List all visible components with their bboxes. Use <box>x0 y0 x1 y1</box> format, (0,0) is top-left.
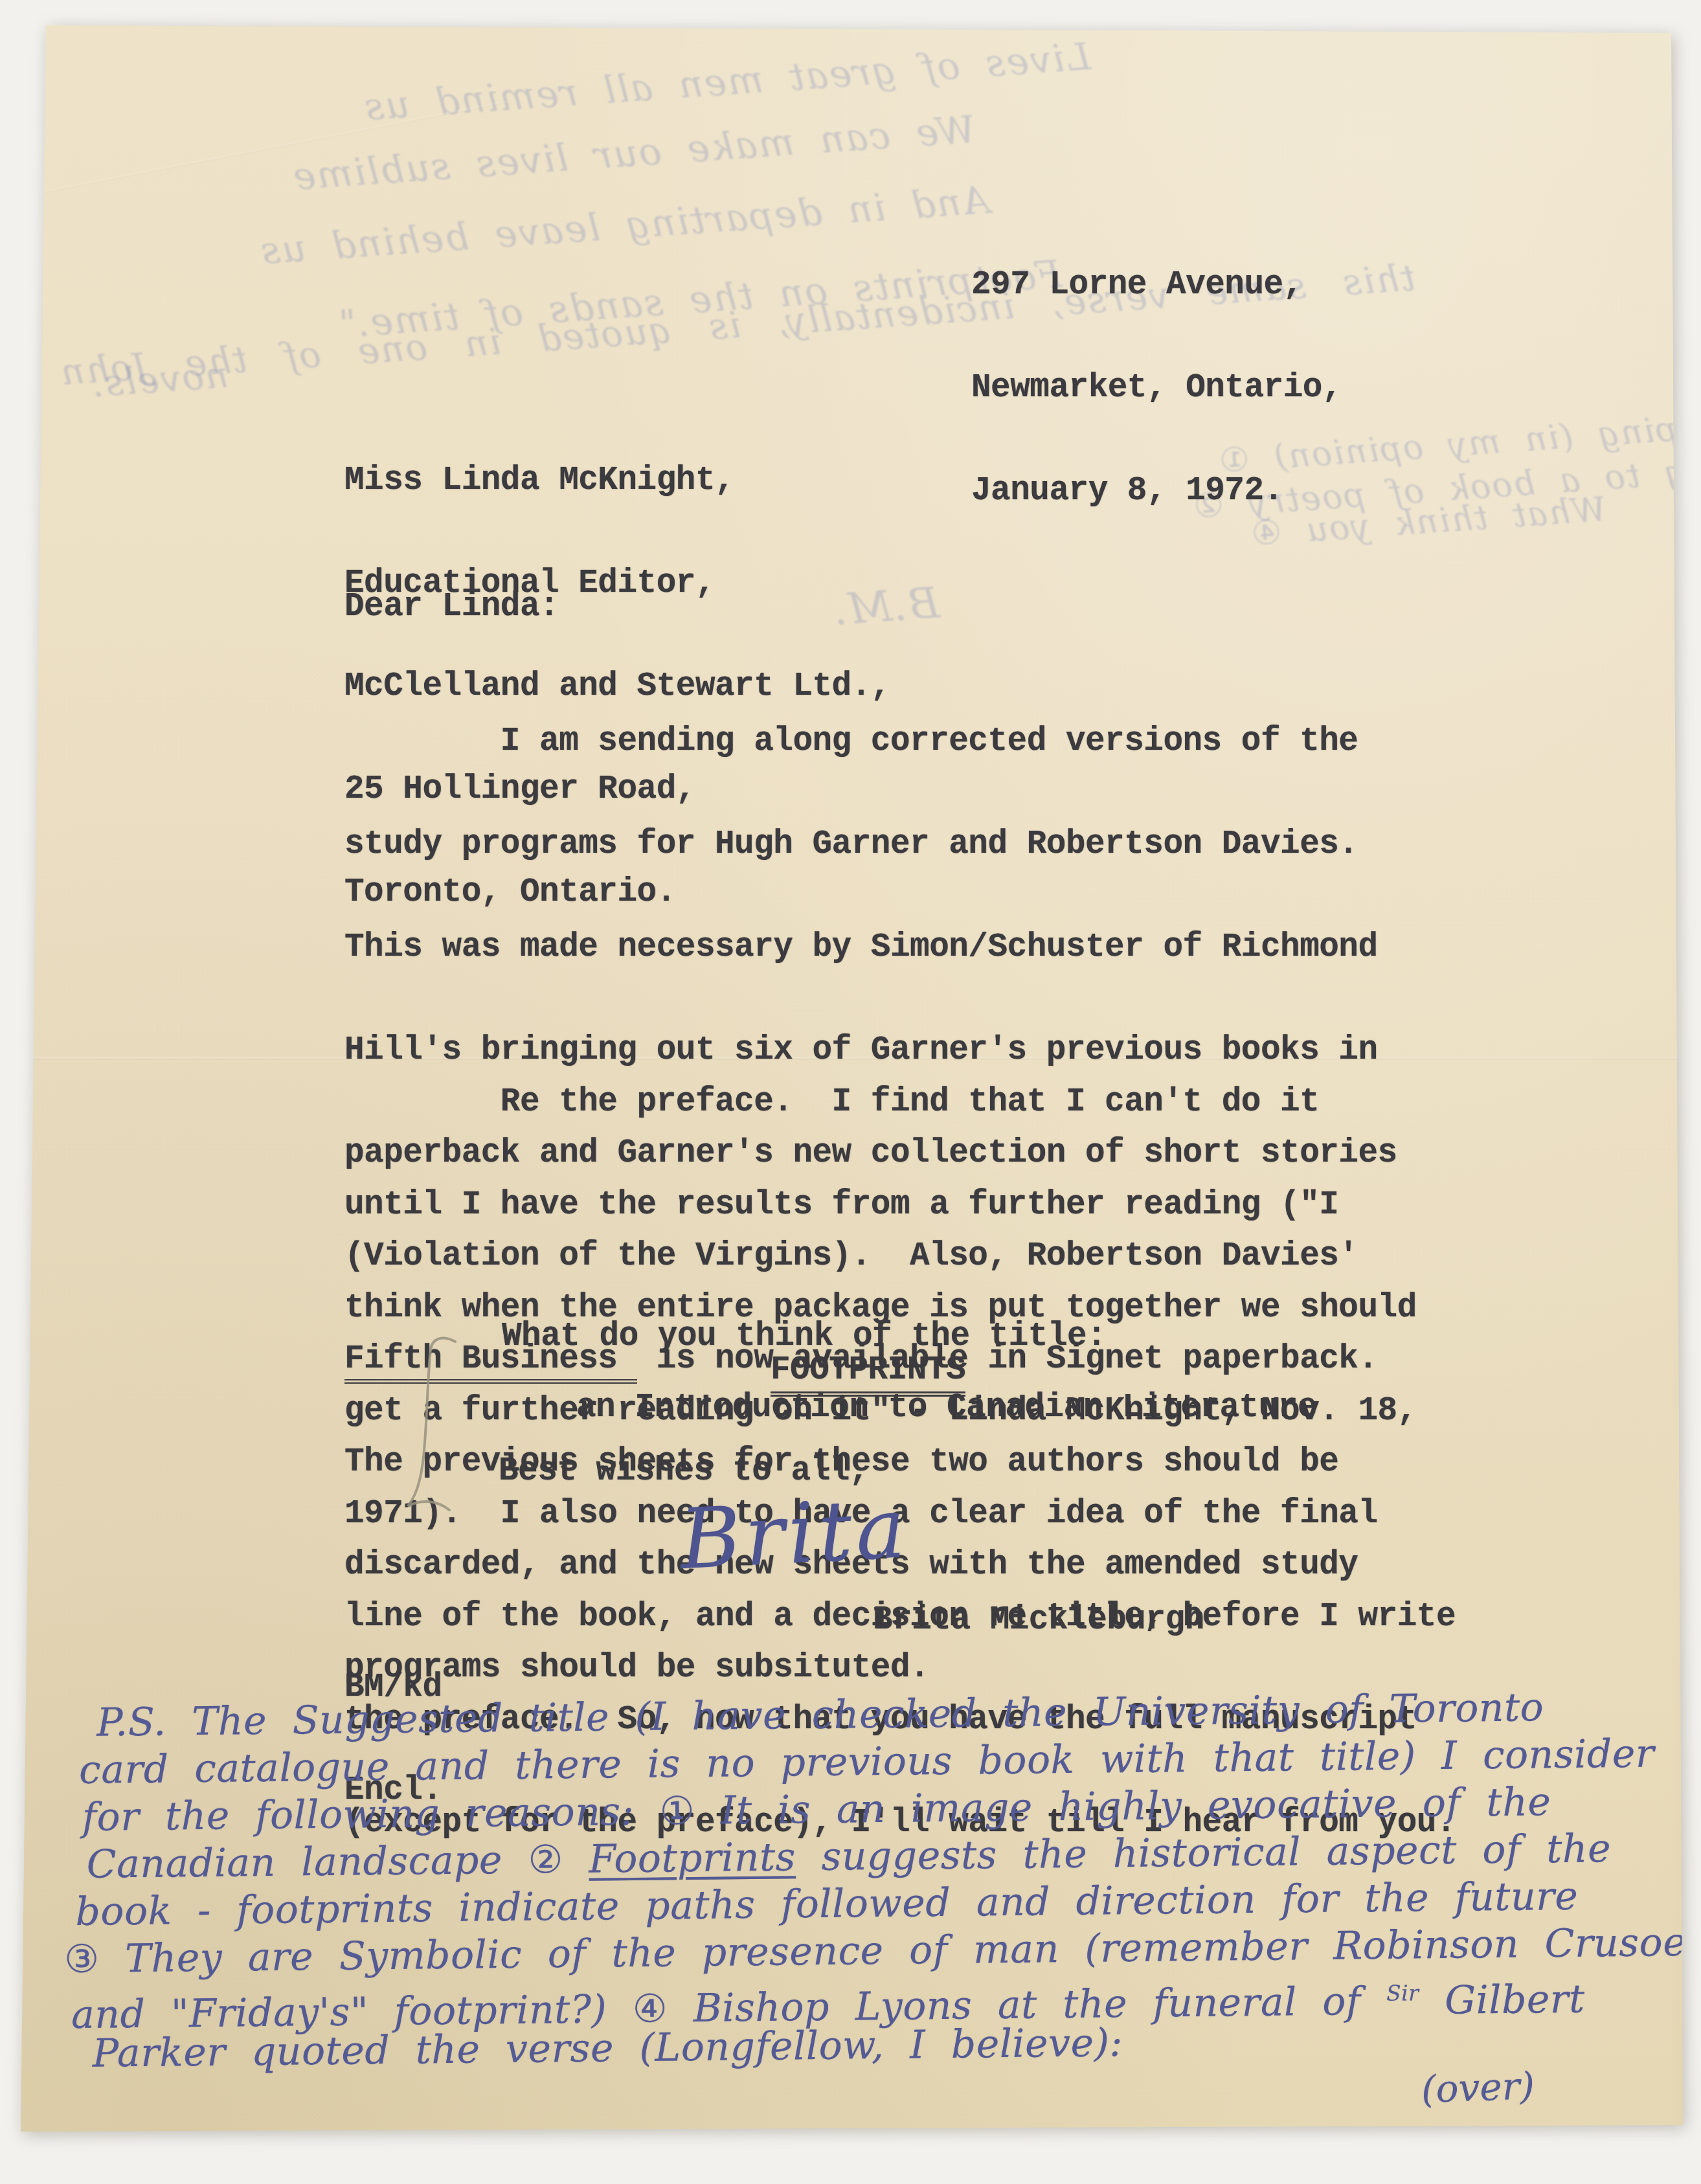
postscript-block: P.S. The Suggested title (I have checked… <box>71 1683 1687 2078</box>
return-address-line: 297 Lorne Avenue, <box>971 268 1342 302</box>
paper-sheet: Lives of great men all remind us We can … <box>0 0 1701 2184</box>
salutation: Dear Linda: <box>344 590 559 624</box>
bleedthrough-verse-line: Lives of great men all remind us <box>362 34 1092 129</box>
body-line: Re the preface. I find that I can't do i… <box>344 1085 1456 1120</box>
return-address-line: Newmarket, Ontario, <box>971 371 1342 405</box>
body-line: I am sending along corrected versions of… <box>344 725 1397 759</box>
ps-line-segment: Gilbert <box>1419 1977 1585 2024</box>
body-line: This was made necessary by Simon/Schuste… <box>344 930 1397 965</box>
return-address-block: 297 Lorne Avenue, Newmarket, Ontario, Ja… <box>971 199 1342 577</box>
pencil-bracket-mark <box>400 1333 484 1520</box>
body-line: study programs for Hugh Garner and Rober… <box>344 827 1397 862</box>
ps-superscript: Sir <box>1386 1980 1419 2006</box>
bleedthrough-line: novels. <box>89 354 230 406</box>
proposed-title: FOOTPRINTS <box>771 1353 965 1388</box>
closing: Best wishes to all, <box>499 1454 869 1489</box>
paper-sheet-wrap: Lives of great men all remind us We can … <box>0 0 1701 2184</box>
handwritten-signature: Brita <box>677 1480 911 1588</box>
ps-line-segment: Canadian landscape ② <box>86 1837 589 1887</box>
over-note: (over) <box>1421 2064 1535 2111</box>
ps-line-segment: suggests the historical aspect of the <box>796 1826 1612 1880</box>
proposed-subtitle: an Introduction to Canadian Literature <box>576 1391 1317 1425</box>
recipient-line: Miss Linda McKnight, <box>344 464 890 498</box>
letter-scan: Lives of great men all remind us We can … <box>0 0 1701 2184</box>
ps-underlined-word: Footprints <box>589 1834 796 1882</box>
title-question: What do you think of the title: <box>502 1320 1106 1354</box>
letter-date: January 8, 1972. <box>971 474 1342 508</box>
typed-name: Brita Mickleburgh <box>873 1603 1204 1638</box>
body-line: until I have the results from a further … <box>344 1188 1456 1222</box>
